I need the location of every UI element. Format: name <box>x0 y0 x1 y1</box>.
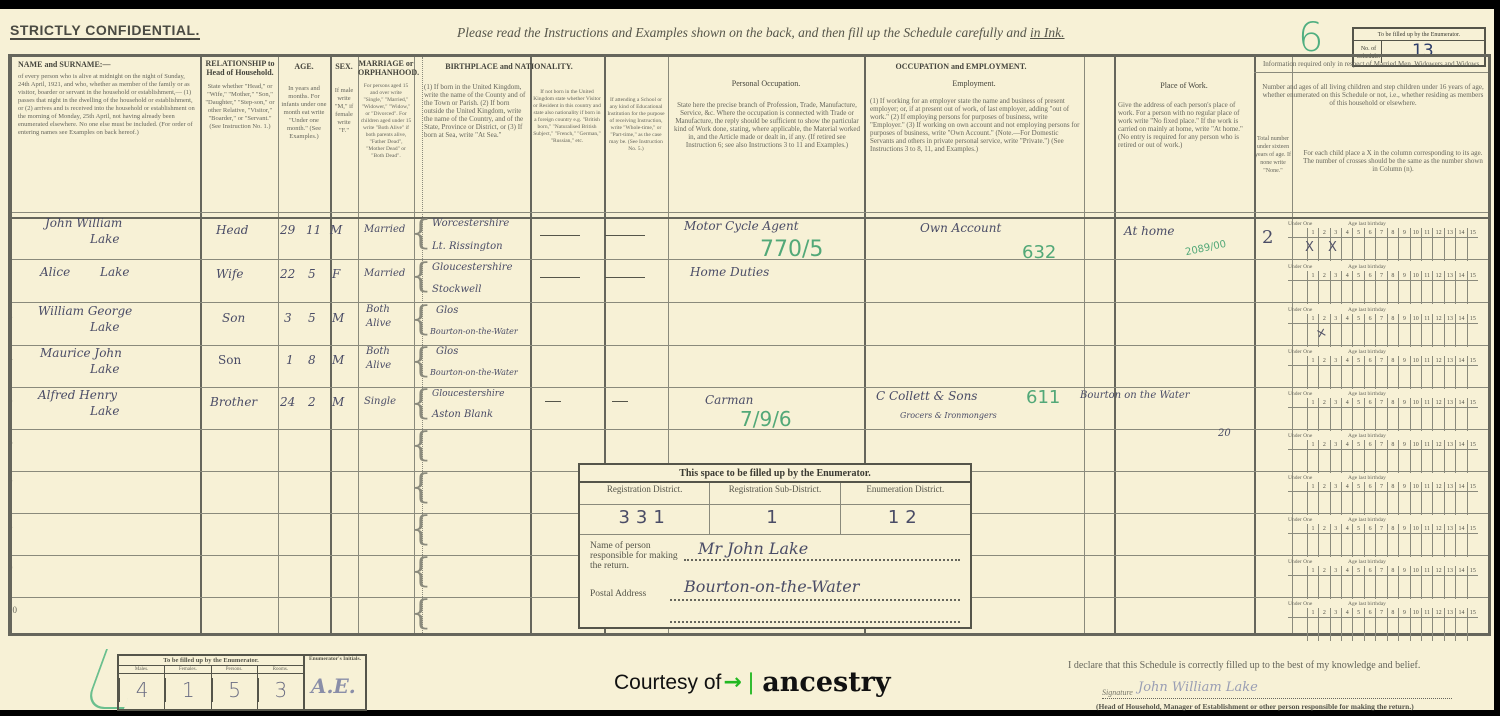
occupation-code: 7/9/6 <box>740 407 792 431</box>
person-name: John William <box>45 216 122 230</box>
children-age-grid: Under OneAge last birthday12345678910111… <box>1288 517 1478 557</box>
col-l-title: Employment. <box>864 79 1084 88</box>
confidential-heading: STRICTLY CONFIDENTIAL. <box>10 22 200 40</box>
enumerator-tally-box: To be filled up by the Enumerator. Males… <box>117 654 367 711</box>
place-of-work-code: 20 <box>1218 428 1231 439</box>
col-b-instructions: State whether "Head," or "Wife," "Mother… <box>204 83 276 203</box>
signature-line: Signature John William Lake <box>1102 683 1452 699</box>
registration-district-value: 331 <box>580 507 709 528</box>
birth-county: Gloucestershire <box>432 262 512 273</box>
col-m-title: Place of Work. <box>1114 81 1254 90</box>
sex: F <box>332 267 340 281</box>
brace: { <box>410 472 432 502</box>
employment-detail: Grocers & Ironmongers <box>900 411 997 420</box>
ancestry-brand: ancestry <box>762 667 890 698</box>
brace: { <box>410 514 432 544</box>
sex: M <box>332 353 344 367</box>
row-number: 10 <box>8 605 17 615</box>
children-age-grid: Under One Age last birthday 123456789101… <box>1288 221 1478 261</box>
person-surname: Lake <box>90 232 120 246</box>
person-name: Alfred Henry <box>38 388 117 402</box>
relationship: Head <box>216 223 248 237</box>
row-number: 1 <box>8 225 13 235</box>
col-l-instructions: (1) If working for an employer state the… <box>870 97 1080 207</box>
brace: { <box>410 346 432 376</box>
sex: M <box>332 395 344 409</box>
initials-value: A.E. <box>311 674 356 698</box>
person-surname: Lake <box>90 320 120 334</box>
marriage: Both Alive <box>366 345 406 373</box>
person-name: Alice <box>40 265 70 279</box>
occupation-code: 770/5 <box>760 237 823 262</box>
brace: { <box>410 261 432 291</box>
row-number: 8 <box>8 521 13 531</box>
census-schedule-sheet: STRICTLY CONFIDENTIAL. Please read the I… <box>0 9 1494 710</box>
place-of-work: At home <box>1124 224 1175 238</box>
birth-town: Stockwell <box>432 284 481 295</box>
enumerator-box: This space to be filled up by the Enumer… <box>578 463 972 629</box>
birth-county: Gloucestershire <box>432 389 504 399</box>
row-number: 5 <box>8 395 13 405</box>
row-number: 3 <box>8 311 13 321</box>
col-n-instructions: Total number under sixteen years of age.… <box>1255 135 1291 207</box>
col-a-instructions: of every person who is alive at midnight… <box>18 73 196 209</box>
married-info-text: Number and ages of all living children a… <box>1262 83 1484 107</box>
brace: { <box>410 304 432 334</box>
birth-county: Glos <box>436 346 458 357</box>
row-number: 9 <box>8 563 13 573</box>
employment: Own Account <box>920 221 1001 235</box>
child-cross-mark: X <box>1328 240 1337 255</box>
children-age-grid: Under OneAge last birthday12345678910111… <box>1288 475 1478 515</box>
birth-town: Bourton-on-the-Water <box>430 327 518 336</box>
employment-code: 611 <box>1026 387 1060 408</box>
col-k-title: Personal Occupation. <box>668 79 864 88</box>
nationality-dash <box>540 277 580 278</box>
col-d-title: SEX. <box>330 62 358 71</box>
children-age-grid: Under OneAge last birthday12345678910111… <box>1288 264 1478 304</box>
children-age-grid: Under OneAge last birthday12345678910111… <box>1288 433 1478 473</box>
birth-county: Worcestershire <box>432 218 509 229</box>
col-c-instructions: In years and months. For infants under o… <box>280 85 328 205</box>
ancestry-leaf-icon: →❘ <box>723 670 760 695</box>
person-surname: Lake <box>100 265 130 279</box>
relationship: Brother <box>210 395 257 409</box>
age-months: 5 <box>308 311 316 325</box>
school-dash <box>605 277 645 278</box>
row-number: 7 <box>8 479 13 489</box>
sub-district-value: 1 <box>710 507 839 528</box>
marriage: Single <box>364 396 396 407</box>
relationship: Son <box>222 311 245 325</box>
instructions-line: Please read the Instructions and Example… <box>457 25 1065 41</box>
tally-persons: Persons.5 <box>211 666 257 709</box>
tally-males: Males.4 <box>119 666 164 709</box>
person-name: William George <box>38 304 132 318</box>
col-m-instructions: Give the address of each person's place … <box>1118 101 1250 201</box>
school-dash <box>605 235 645 236</box>
age-months: 2 <box>308 395 316 409</box>
children-age-grid: Under OneAge last birthday12345678910111… <box>1288 601 1478 641</box>
occupation: Motor Cycle Agent <box>684 219 799 233</box>
marriage: Married <box>364 268 405 279</box>
declaration-text: I declare that this Schedule is correctl… <box>1068 660 1420 671</box>
row-number: 4 <box>8 353 13 363</box>
occupation: Carman <box>705 393 753 407</box>
employment-code: 632 <box>1022 242 1056 263</box>
ancestry-watermark: Courtesy of →❘ ancestry <box>614 667 891 698</box>
children-age-grid: Under OneAge last birthday12345678910111… <box>1288 307 1478 347</box>
col-e-instructions: For persons aged 15 and over write "Sing… <box>360 83 412 203</box>
person-surname: Lake <box>90 362 120 376</box>
birth-town: Aston Blank <box>432 409 493 420</box>
place-of-work: Bourton on the Water <box>1080 390 1190 401</box>
col-e-title: MARRIAGE or ORPHANHOOD. <box>358 59 414 77</box>
instructions-ink: in Ink. <box>1030 25 1065 40</box>
age-years: 3 <box>284 311 292 325</box>
registration-sub-district: Registration Sub-District. 1 <box>709 483 839 534</box>
sex: M <box>330 223 342 237</box>
occupation-title: OCCUPATION and EMPLOYMENT. <box>668 62 1254 71</box>
signature-label: Signature <box>1102 688 1133 697</box>
birthplace-title: BIRTHPLACE and NATIONALITY. <box>414 62 604 71</box>
children-total: 2 <box>1262 227 1273 248</box>
brace: { <box>410 430 432 460</box>
signature-note: (Head of Household, Manager of Establish… <box>1096 702 1414 711</box>
under-one-label: Under One <box>1288 221 1312 227</box>
row-number: 6 <box>8 437 13 447</box>
enumerator-initials: Enumerator's Initials. A.E. <box>303 656 365 709</box>
enumeration-district-value: 12 <box>841 507 970 528</box>
birth-town: Lt. Rissington <box>432 241 503 252</box>
children-age-grid: Under OneAge last birthday12345678910111… <box>1288 559 1478 599</box>
age-months: 5 <box>308 267 316 281</box>
registration-district: Registration District. 331 <box>580 483 709 534</box>
instructions-text: Please read the Instructions and Example… <box>457 25 1027 40</box>
tally-title: To be filled up by the Enumerator. <box>119 656 303 666</box>
relationship: Son <box>218 353 241 367</box>
age-months: 11 <box>306 223 321 237</box>
sex: M <box>332 311 344 325</box>
nationality-dash <box>545 401 561 402</box>
tally-females: Females.1 <box>164 666 210 709</box>
responsible-person: Mr John Lake <box>698 539 808 558</box>
age-years: 24 <box>280 395 295 409</box>
age-years: 1 <box>286 353 294 367</box>
age-months: 8 <box>308 353 316 367</box>
age-years: 29 <box>280 223 295 237</box>
row-number: 2 <box>8 268 13 278</box>
occupation: Home Duties <box>690 265 769 279</box>
marriage: Married <box>364 224 405 235</box>
col-g-instructions: If not born in the United Kingdom state … <box>532 89 602 199</box>
enumeration-district: Enumeration District. 12 <box>840 483 970 534</box>
brace: { <box>410 598 432 628</box>
birth-town: Bourton-on-the-Water <box>430 368 518 377</box>
col-d-instructions: If male write "M," if female write "F." <box>332 87 356 197</box>
school-dash <box>612 401 628 402</box>
age-years: 22 <box>280 267 295 281</box>
children-age-grid: Under OneAge last birthday12345678910111… <box>1288 349 1478 389</box>
signature-value: John William Lake <box>1138 680 1258 695</box>
col-b-title: RELATIONSHIP to Head of Household. <box>202 59 278 77</box>
married-info-title: Information required only in respect of … <box>1256 60 1488 68</box>
col-f-instructions: (1) If born in the United Kingdom, write… <box>424 83 528 203</box>
brace: { <box>410 556 432 586</box>
child-cross-mark: X <box>1305 240 1314 255</box>
marriage: Both Alive <box>366 303 406 331</box>
col-k-instructions: State here the precise branch of Profess… <box>674 101 860 206</box>
brace: { <box>410 218 432 248</box>
birth-county: Glos <box>436 305 458 316</box>
brace: { <box>410 388 432 418</box>
col-h-instructions: If attending a School or any kind of Edu… <box>606 97 666 197</box>
col-a-title: NAME and SURNAME:— <box>18 60 198 69</box>
employment: C Collett & Sons <box>876 389 977 403</box>
tally-rooms: Rooms.3 <box>257 666 303 709</box>
col-c-title: AGE. <box>278 62 330 71</box>
responsible-label: Name of person responsible for making th… <box>590 541 682 571</box>
children-age-grid: Under OneAge last birthday12345678910111… <box>1288 391 1478 431</box>
col-o-instructions: For each child place a X in the column c… <box>1302 149 1484 173</box>
postal-address: Bourton-on-the-Water <box>684 577 859 596</box>
person-name: Maurice John <box>40 346 122 360</box>
postal-address-label: Postal Address <box>590 589 646 599</box>
nationality-dash <box>540 235 580 236</box>
person-surname: Lake <box>90 404 120 418</box>
age-caption: Age last birthday <box>1348 221 1386 227</box>
relationship: Wife <box>216 267 244 281</box>
schedule-box-title: To be filled up by the Enumerator. <box>1354 29 1484 41</box>
courtesy-text: Courtesy of <box>614 671 721 695</box>
enumerator-box-title: This space to be filled up by the Enumer… <box>580 465 970 483</box>
